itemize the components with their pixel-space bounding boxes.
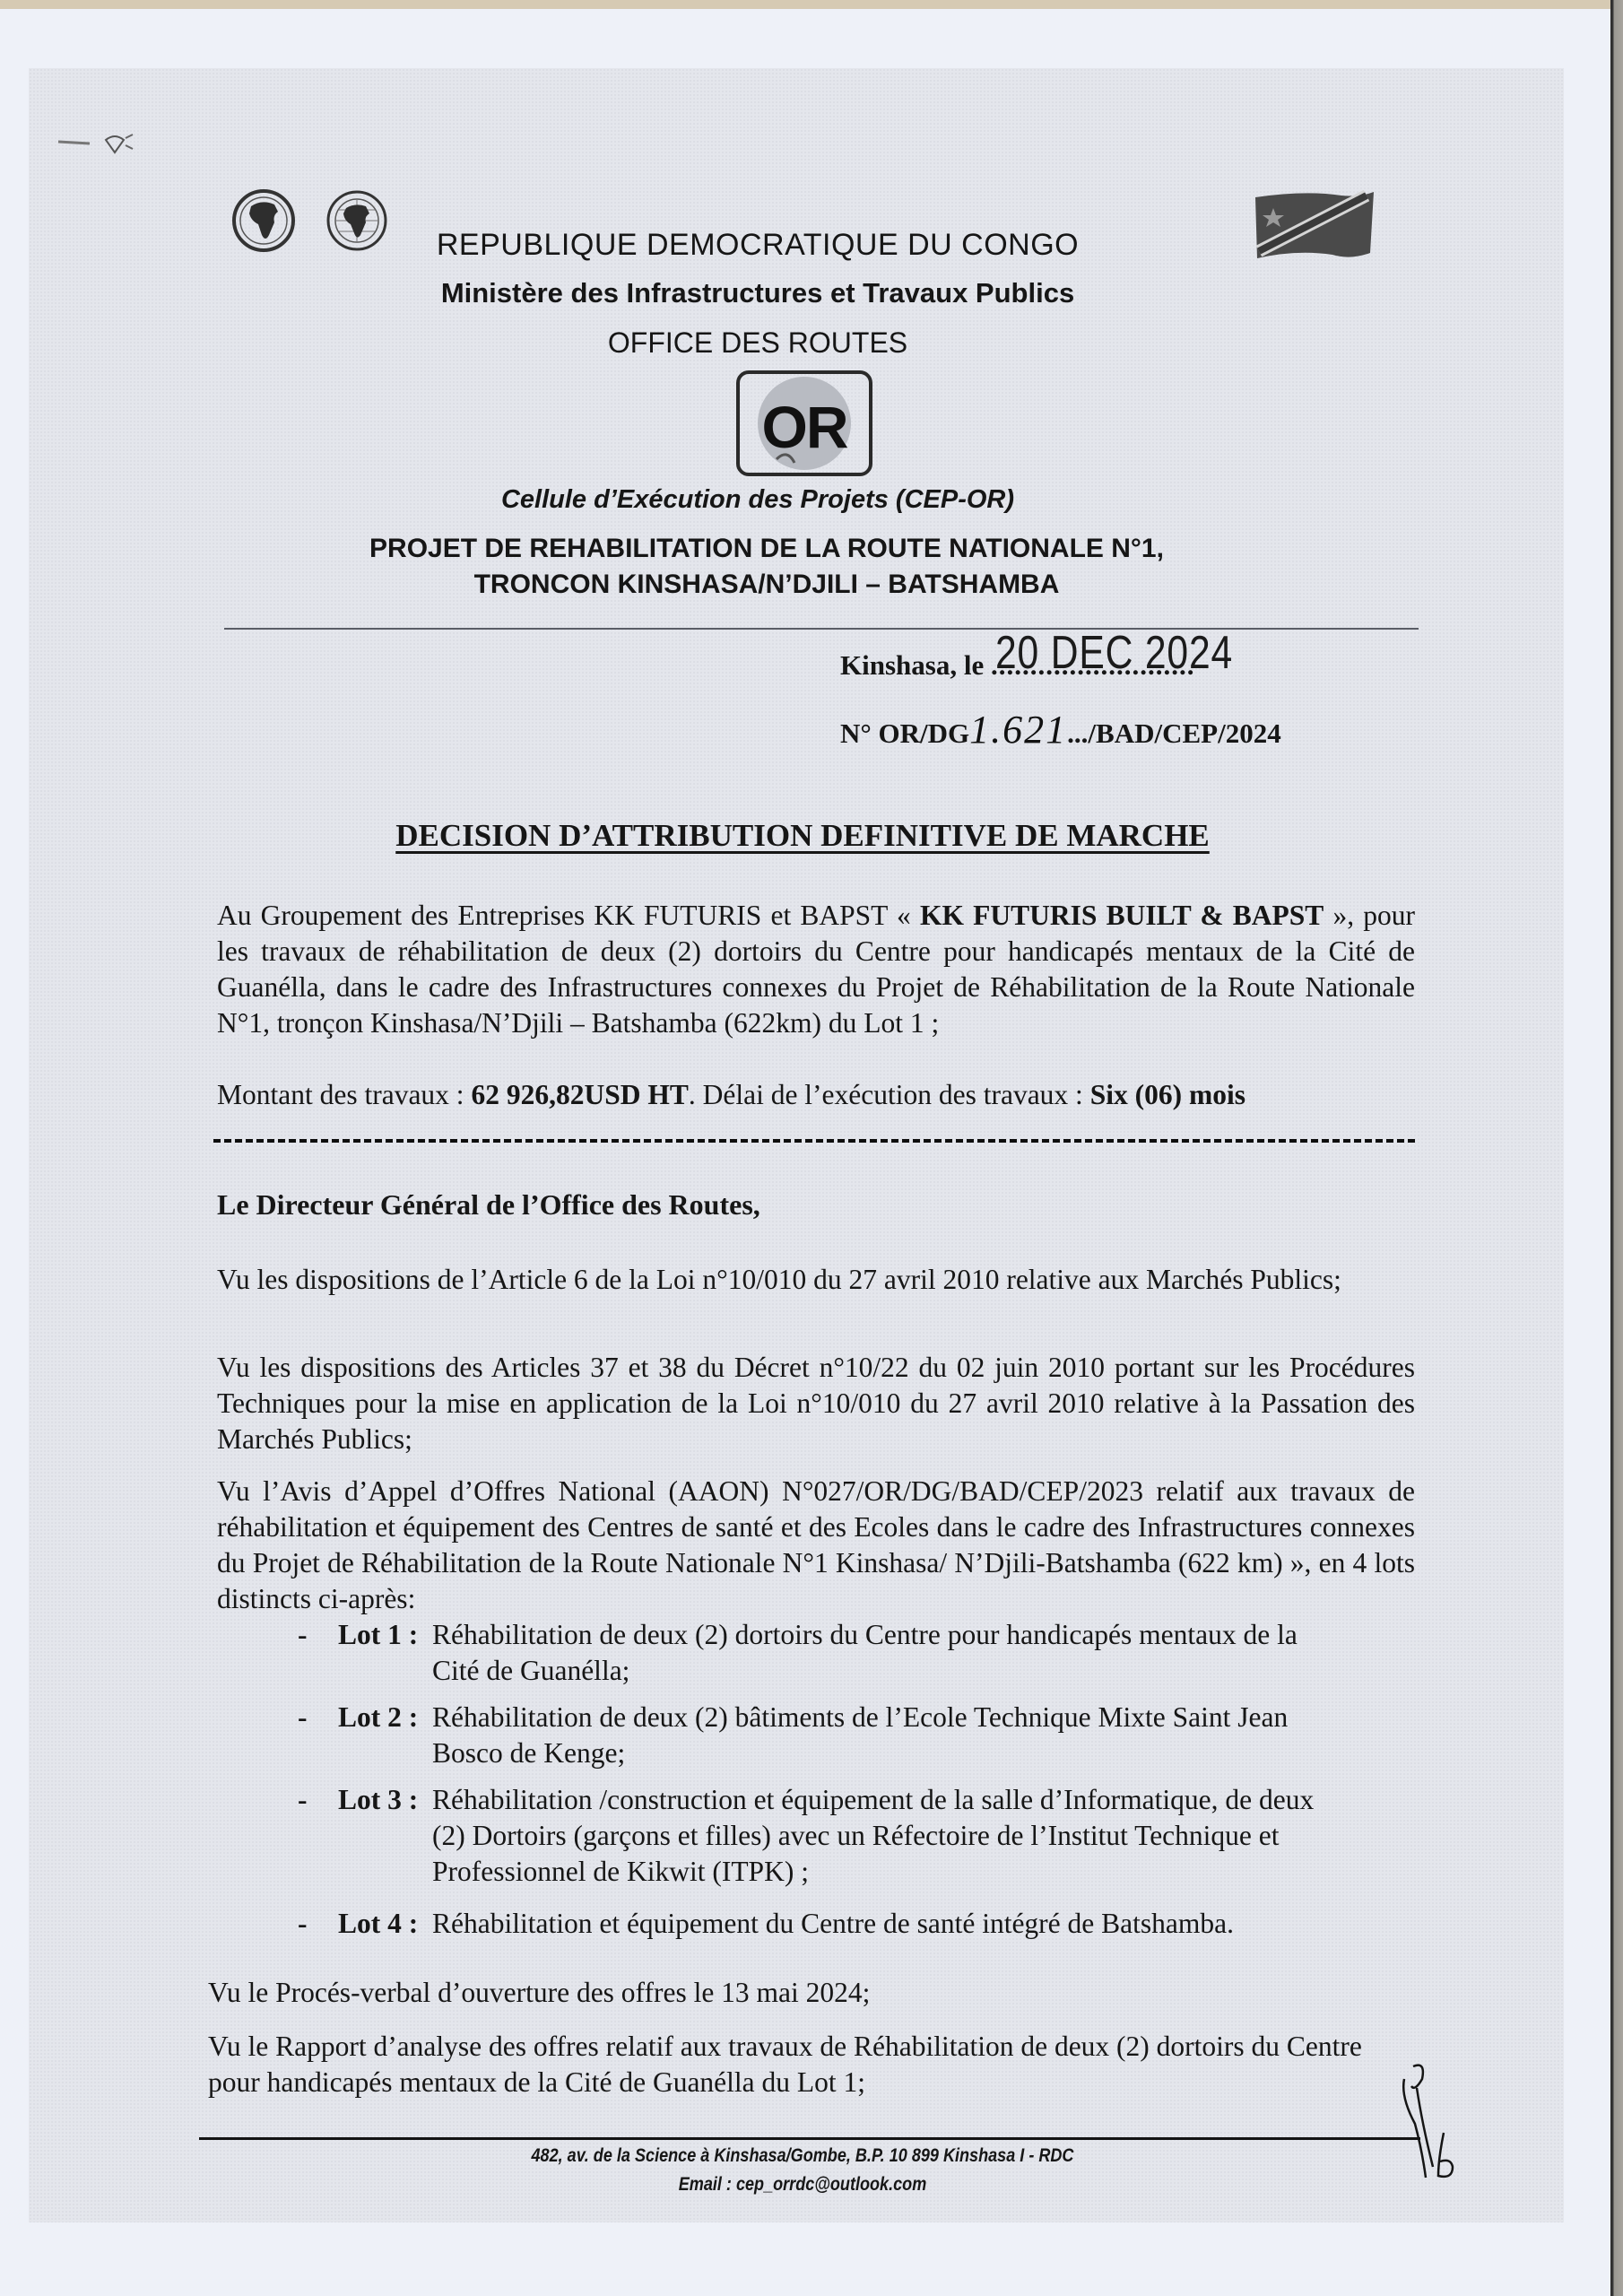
header-divider (224, 628, 1419, 630)
reference-prefix: N° OR/DG (840, 717, 969, 749)
lot-bullet: - (298, 1782, 308, 1818)
scan-right-edge (1610, 0, 1623, 2296)
country-name: REPUBLIQUE DEMOCRATIQUE DU CONGO (0, 228, 1569, 263)
scan-top-edge (0, 0, 1610, 9)
project-title-line2: TRONCON KINSHASA/N’DJILI – BATSHAMBA (0, 570, 1578, 600)
staple-mark-icon (54, 126, 161, 161)
footer-address: 482, av. de la Science à Kinshasa/Gombe,… (105, 2145, 1501, 2167)
director-heading: Le Directeur Général de l’Office des Rou… (217, 1188, 760, 1222)
lot-item: - Lot 4 : Réhabilitation et équipement d… (298, 1906, 1419, 1942)
date-stamp: 20 DEC 2024 (995, 626, 1233, 680)
lot-label: Lot 4 : (338, 1906, 418, 1942)
footer-email: Email : cep_orrdc@outlook.com (105, 2174, 1501, 2196)
consideration-5: Vu le Rapport d’analyse des offres relat… (208, 2029, 1410, 2100)
award-paragraph: Au Groupement des Entreprises KK FUTURIS… (217, 898, 1415, 1041)
or-logo-text: OR (735, 393, 873, 461)
reference-suffix: .../BAD/CEP/2024 (1067, 717, 1281, 749)
office-des-routes-logo: OR (735, 370, 873, 477)
delay-value: Six (06) mois (1090, 1079, 1245, 1110)
lot-text-continued: (2) Dortoirs (garçons et filles) avec un… (432, 1818, 1419, 1854)
office-name: OFFICE DES ROUTES (0, 326, 1569, 360)
lot-bullet: - (298, 1617, 308, 1653)
lot-text: Réhabilitation de deux (2) bâtiments de … (432, 1701, 1288, 1733)
project-cell-name: Cellule d’Exécution des Projets (CEP-OR) (0, 485, 1569, 515)
footer-divider (199, 2137, 1420, 2140)
lot-text: Réhabilitation de deux (2) dortoirs du C… (432, 1619, 1298, 1650)
lots-list: - Lot 1 : Réhabilitation de deux (2) dor… (298, 1617, 1419, 1952)
handwritten-initials-icon (1399, 2061, 1462, 2187)
lot-text-continued: Bosco de Kenge; (432, 1735, 1419, 1771)
consideration-2: Vu les dispositions des Articles 37 et 3… (217, 1350, 1415, 1457)
lot-text-continued: Professionnel de Kikwit (ITPK) ; (432, 1854, 1419, 1890)
amount-value: 62 926,82USD HT (471, 1079, 688, 1110)
reference-handwritten-number: 1.621 (969, 708, 1067, 752)
document-title: DECISION D’ATTRIBUTION DEFINITIVE DE MAR… (0, 818, 1614, 854)
award-company: KK FUTURIS BUILT & BAPST (920, 900, 1324, 931)
lot-item: - Lot 3 : Réhabilitation /construction e… (298, 1782, 1419, 1895)
date-place-label: Kinshasa, le (840, 649, 991, 681)
ministry-name: Ministère des Infrastructures et Travaux… (0, 277, 1569, 309)
lot-text: Réhabilitation et équipement du Centre d… (432, 1908, 1234, 1939)
consideration-3: Vu l’Avis d’Appel d’Offres National (AAO… (217, 1474, 1415, 1617)
consideration-1: Vu les dispositions de l’Article 6 de la… (217, 1262, 1415, 1298)
lot-text-continued: Cité de Guanélla; (432, 1653, 1419, 1689)
project-title-line1: PROJET DE REHABILITATION DE LA ROUTE NAT… (0, 534, 1578, 564)
delay-label: . Délai de l’exécution des travaux : (689, 1079, 1090, 1110)
lot-label: Lot 1 : (338, 1617, 418, 1653)
lot-label: Lot 3 : (338, 1782, 418, 1818)
consideration-4: Vu le Procés-verbal d’ouverture des offr… (208, 1975, 1406, 2011)
lot-bullet: - (298, 1700, 308, 1735)
lot-item: - Lot 1 : Réhabilitation de deux (2) dor… (298, 1617, 1419, 1689)
lot-item: - Lot 2 : Réhabilitation de deux (2) bât… (298, 1700, 1419, 1771)
amount-label: Montant des travaux : (217, 1079, 471, 1110)
dashed-divider (213, 1139, 1415, 1143)
lot-label: Lot 2 : (338, 1700, 418, 1735)
award-intro: Au Groupement des Entreprises KK FUTURIS… (217, 900, 920, 931)
reference-number: N° OR/DG1.621.../BAD/CEP/2024 (840, 707, 1281, 752)
lot-text: Réhabilitation /construction et équipeme… (432, 1784, 1314, 1815)
lot-bullet: - (298, 1906, 308, 1942)
award-terms: Montant des travaux : 62 926,82USD HT. D… (217, 1077, 1415, 1113)
